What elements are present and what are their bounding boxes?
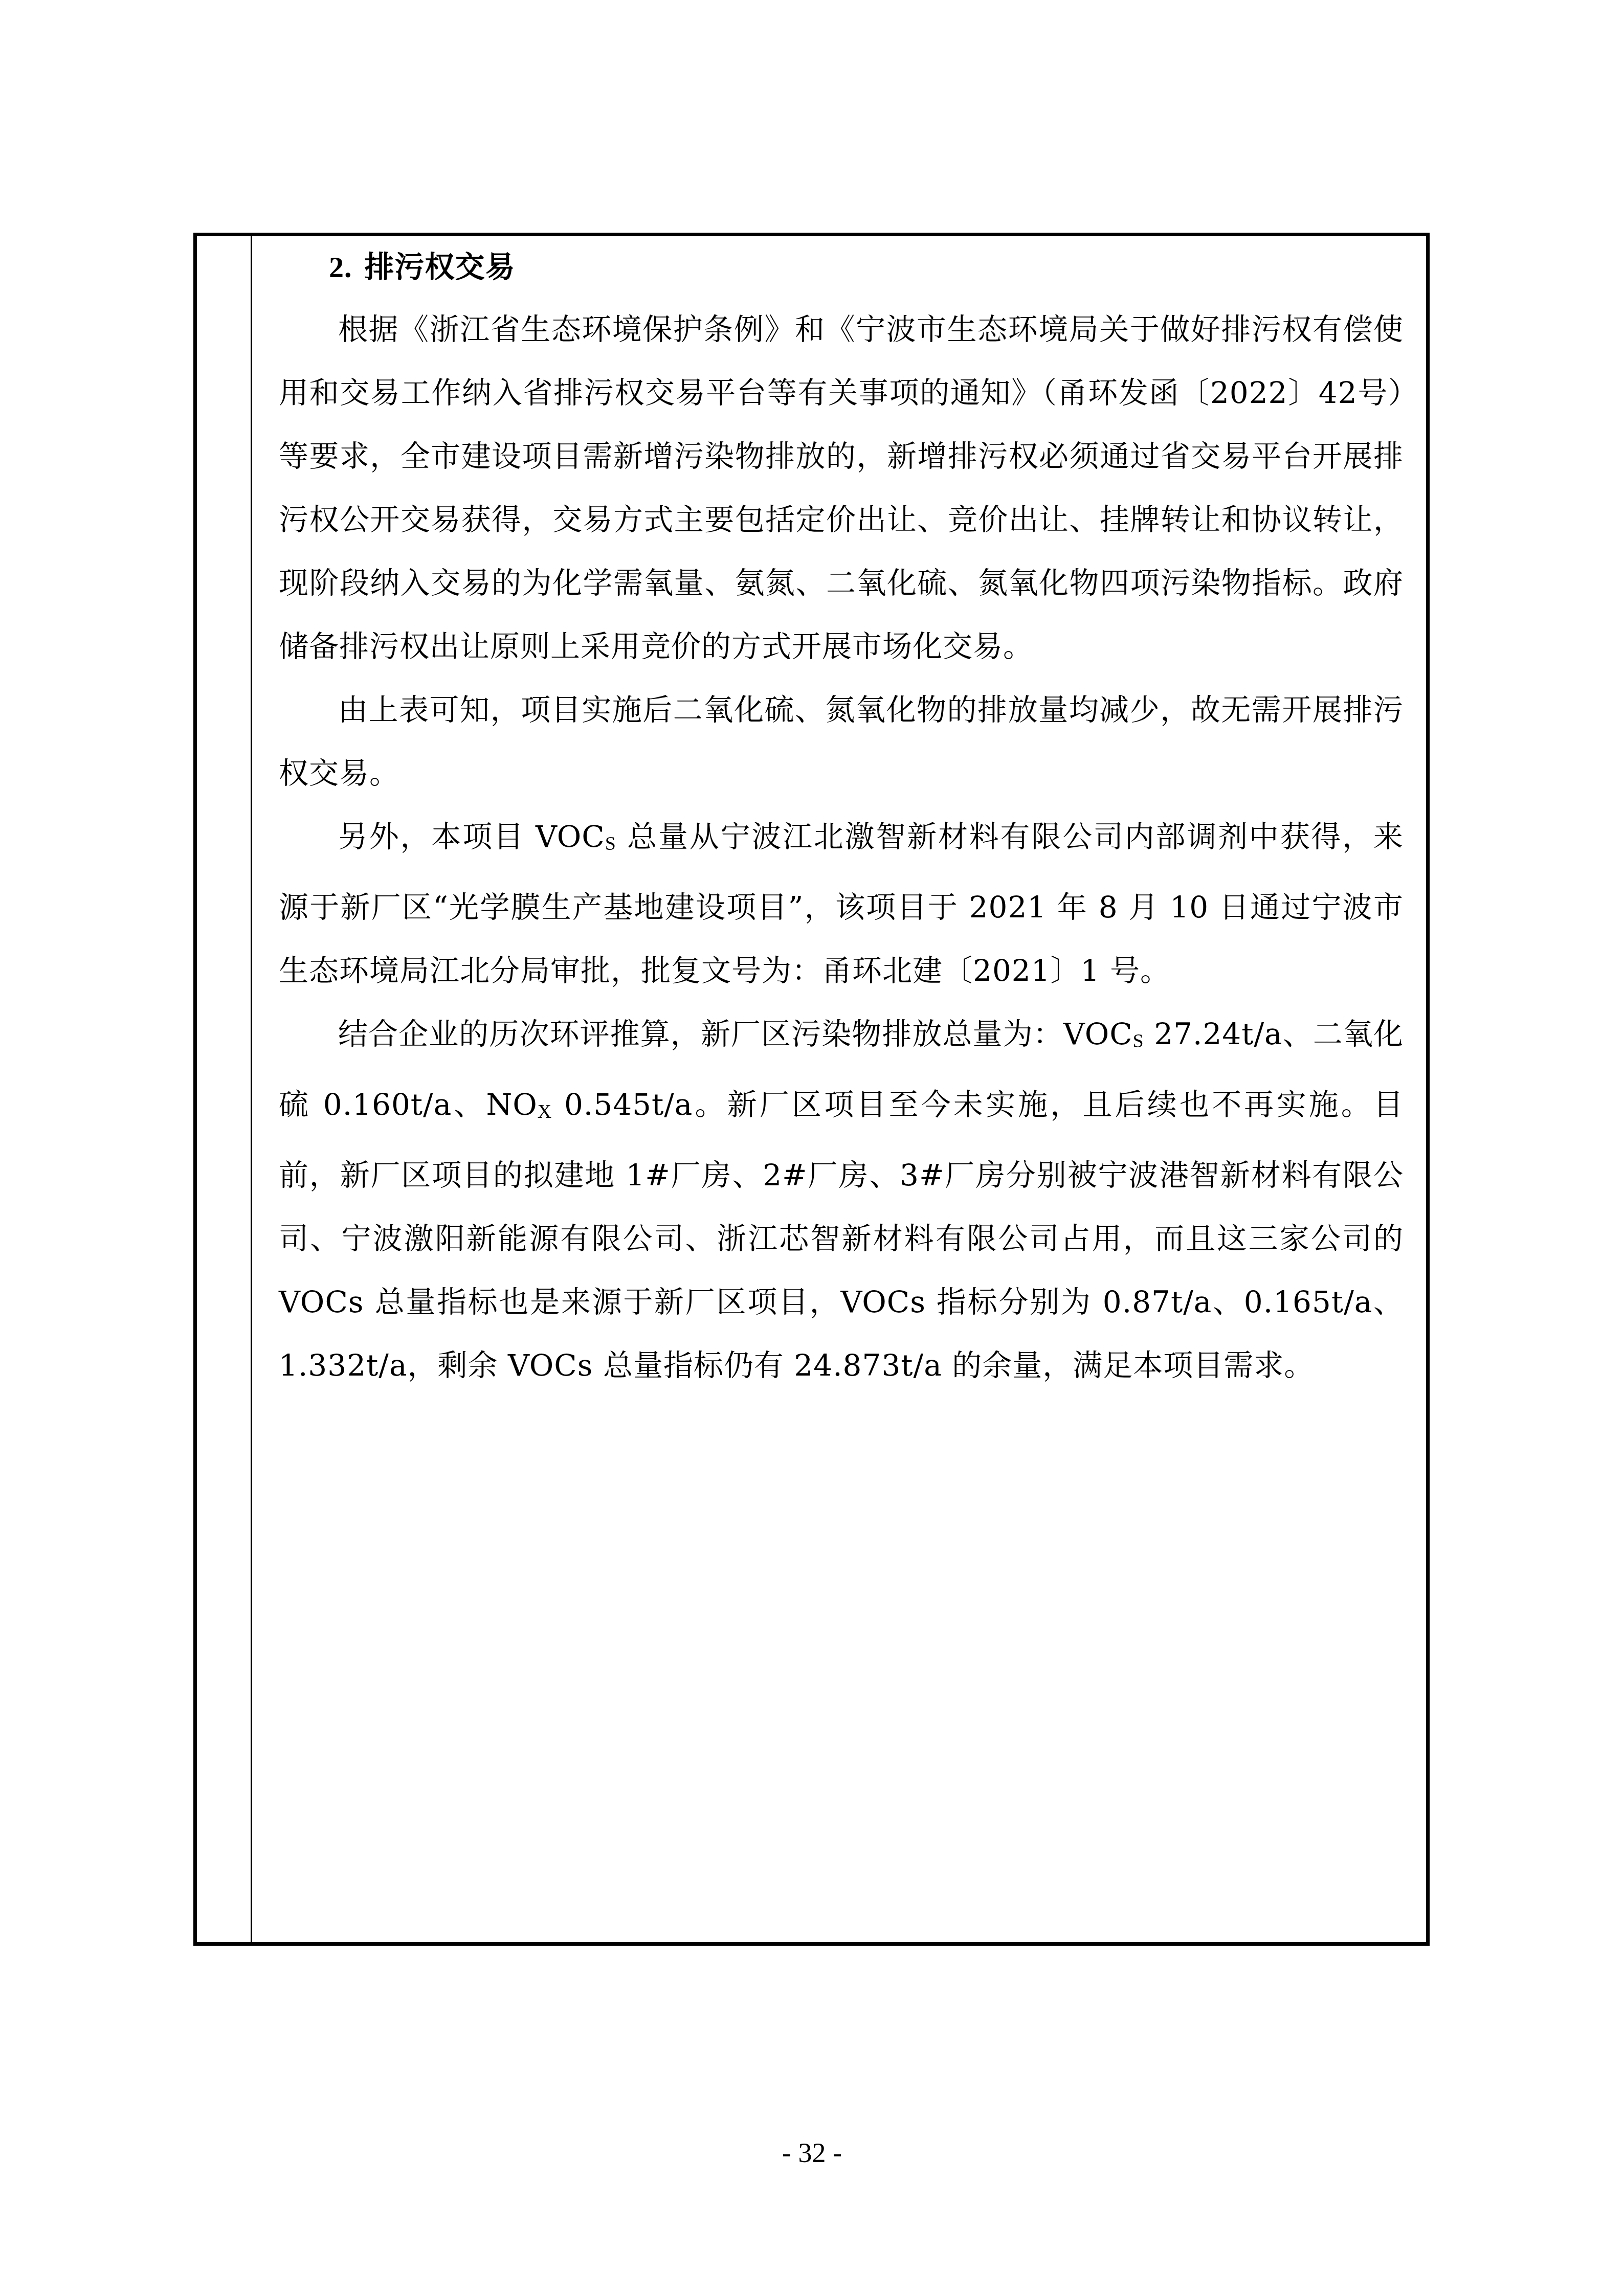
paragraph-conclusion: 由上表可知，项目实施后二氧化硫、氮氧化物的排放量均减少，故无需开展排污权交易。 [279,678,1404,805]
table-content-cell: 2.排污权交易 根据《浙江省生态环境保护条例》和《宁波市生态环境局关于做好排污权… [252,236,1426,1942]
paragraph-emission-totals: 结合企业的历次环评推算，新厂区污染物排放总量为：VOCS 27.24t/a、二氧… [279,1002,1404,1397]
subscript: S [605,833,616,854]
subscript: X [538,1101,552,1122]
text-segment: 另外，本项目 VOC [338,819,605,854]
paragraph-vocs-source: 另外，本项目 VOCS 总量从宁波江北激智新材料有限公司内部调剂中获得，来源于新… [279,805,1404,1002]
section-number: 2. [329,251,352,284]
text-segment: 结合企业的历次环评推算，新厂区污染物排放总量为：VOC [338,1017,1133,1051]
body-text: 根据《浙江省生态环境保护条例》和《宁波市生态环境局关于做好排污权有偿使用和交易工… [279,298,1404,1397]
subscript: S [1133,1030,1144,1052]
section-heading: 2.排污权交易 [329,249,516,285]
section-title: 排污权交易 [365,250,516,284]
document-table: 2.排污权交易 根据《浙江省生态环境保护条例》和《宁波市生态环境局关于做好排污权… [193,233,1430,1946]
paragraph-regulations: 根据《浙江省生态环境保护条例》和《宁波市生态环境局关于做好排污权有偿使用和交易工… [279,298,1404,678]
text-segment: 0.545t/a。新厂区项目至今未实施，且后续也不再实施。目前，新厂区项目的拟建… [279,1087,1404,1383]
table-left-cell [197,236,252,1942]
page-number: - 32 - [0,2136,1624,2169]
